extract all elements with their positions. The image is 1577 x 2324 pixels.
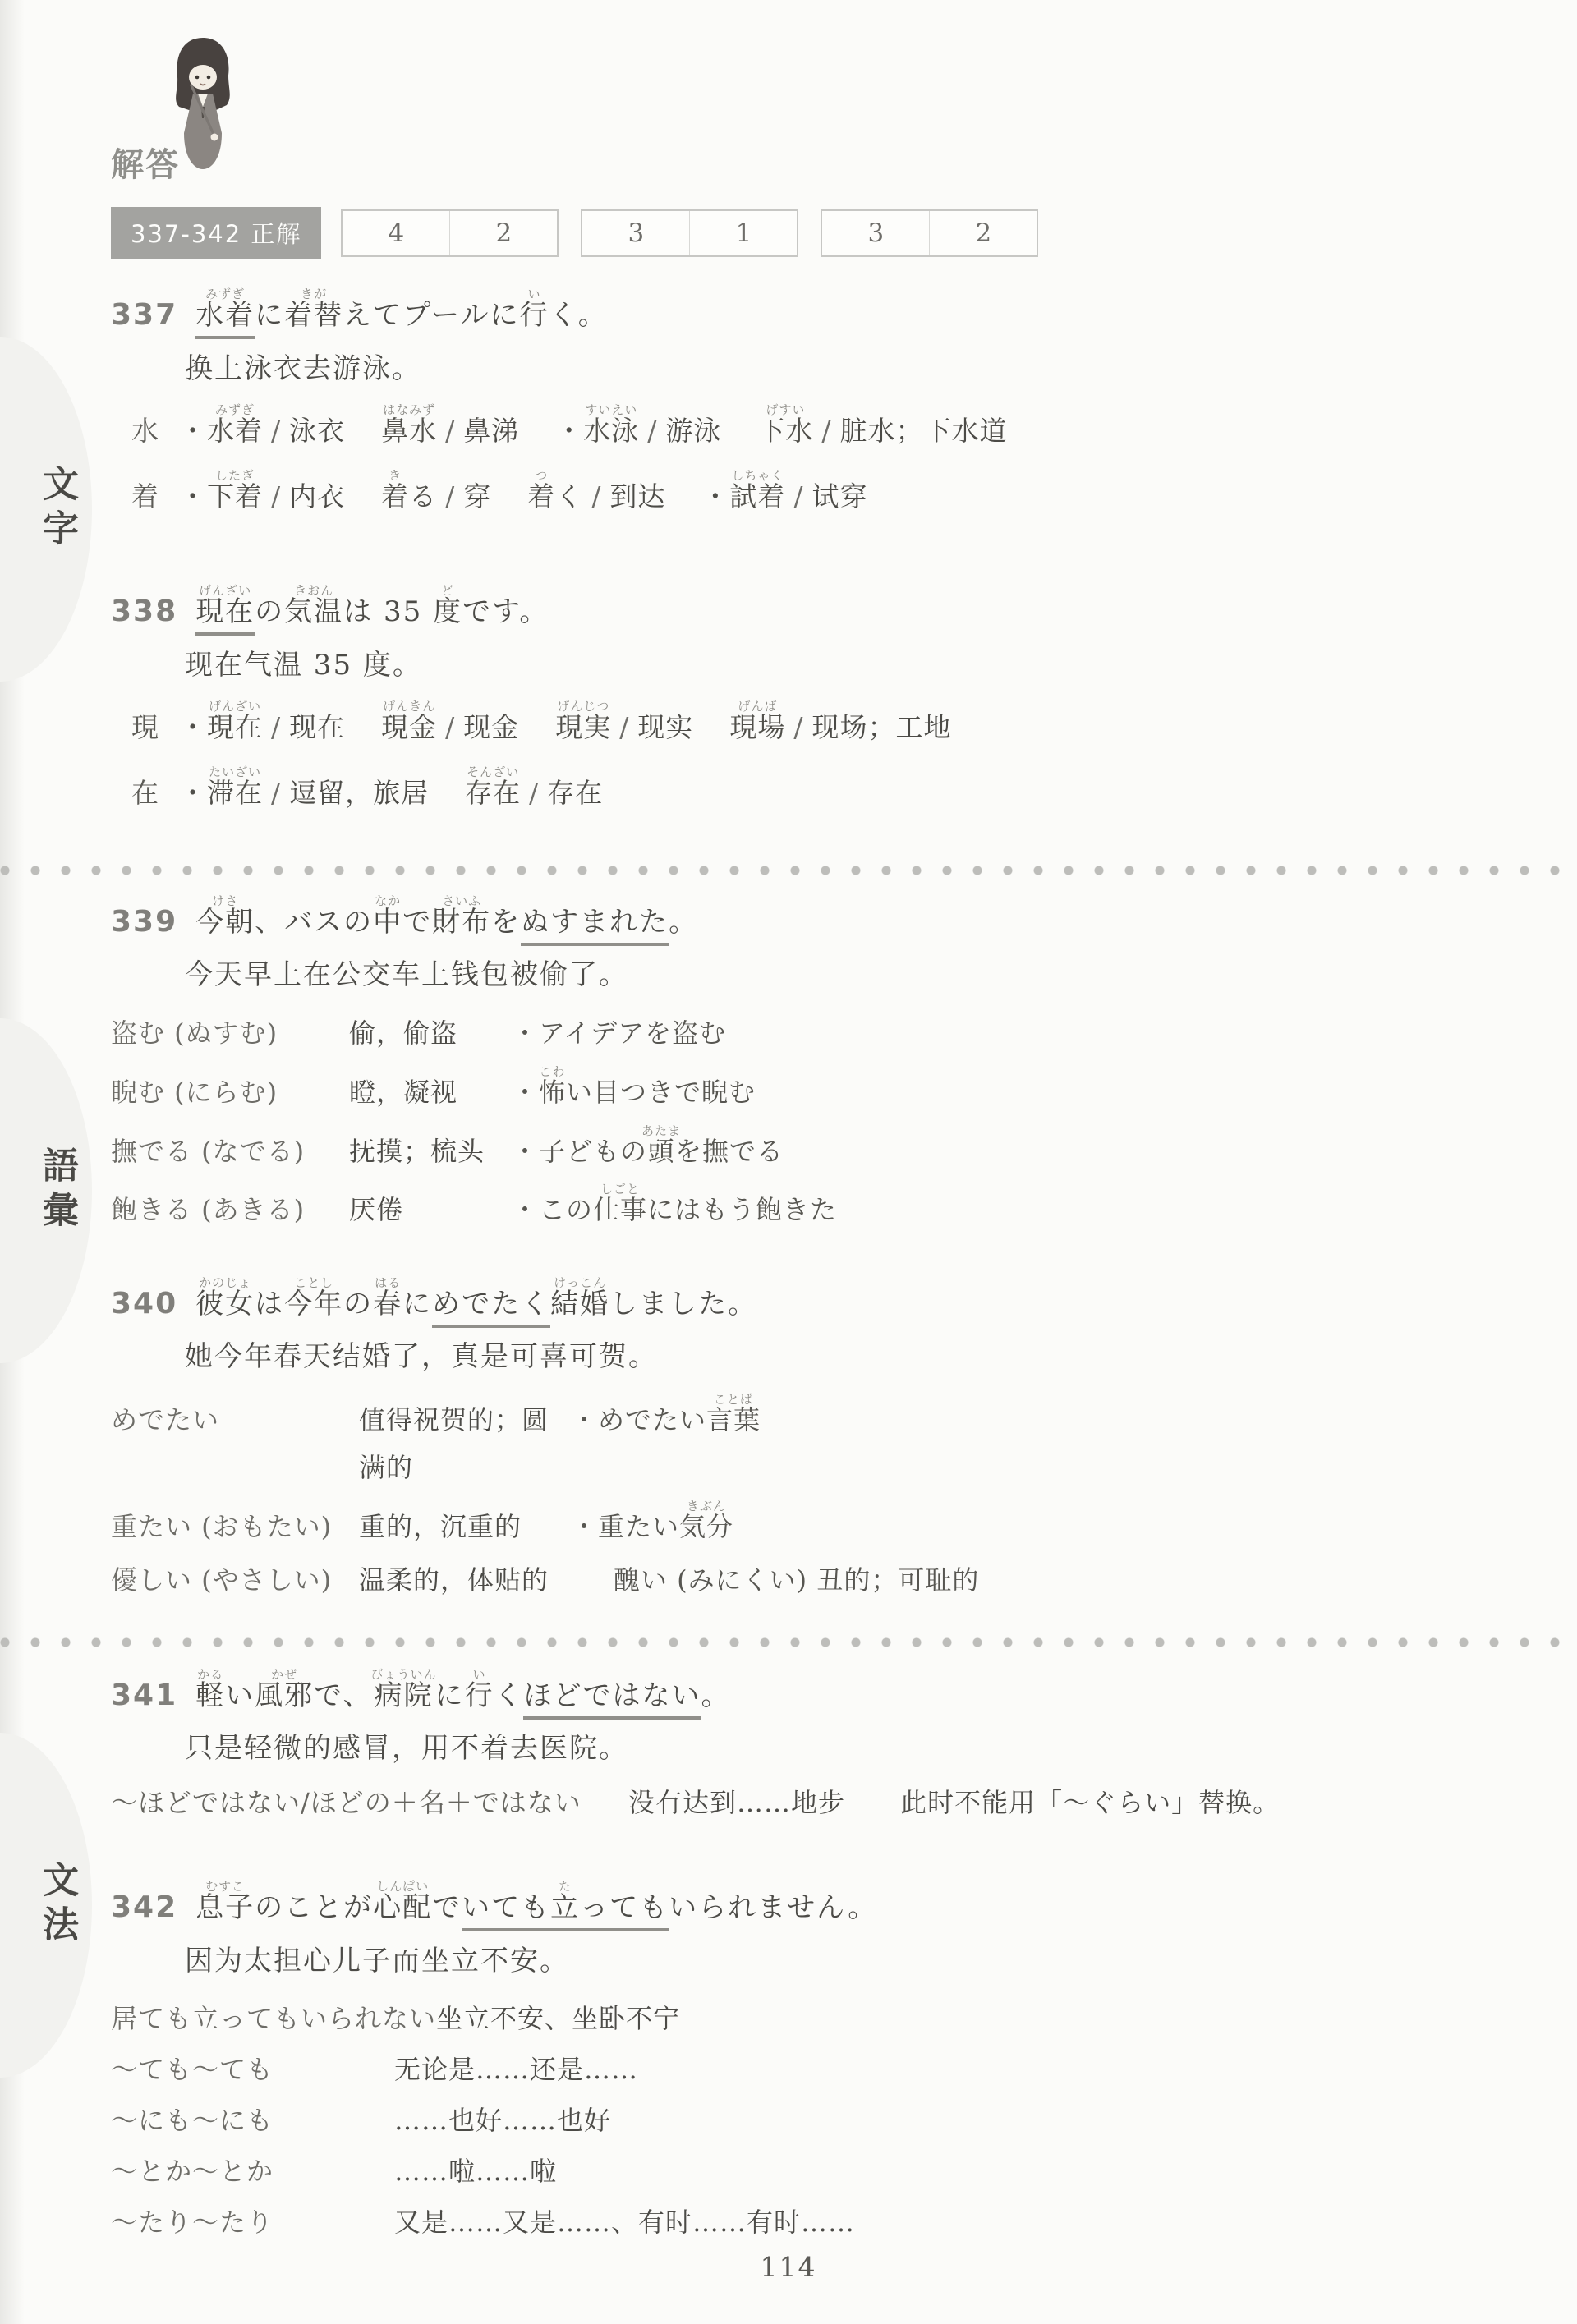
question-337-number: 337 [111,296,177,336]
question-339-translation: 今天早上在公交车上钱包被偷了。 [185,952,1528,992]
vocab-word: 重たい (おもたい) [111,1504,359,1551]
grammar-meaning: 又是……又是……、有时……有时…… [394,2202,855,2239]
vocab-word: 盗む (ぬすむ) [111,1010,349,1058]
answer-342: 2 [929,211,1037,255]
grammar-pattern: ～たり～たり [111,2202,394,2239]
grammar-meaning: 没有达到……地步 [628,1787,845,1818]
answer-bar: 337-342 正解 4 2 3 1 3 2 [111,207,1528,259]
compound-cn: 内衣 [289,480,345,512]
vocab-row: 優しい (やさしい) 温柔的，体贴的 醜い (みにくい) 丑的；可耻的 [111,1557,1528,1605]
page-number: 114 [0,2251,1577,2283]
compound-cn: 脏水；下水道 [840,415,1008,447]
kanji-compound: 現場げんば/现场；工地 [729,699,951,751]
grammar-note: ～ほどではない/ほどの＋名＋ではない 没有达到……地步 此时不能用「～ぐらい」替… [111,1782,1528,1820]
vocab-row: 重たい (おもたい) 重的，沉重的 ・重たい気分きぶん [111,1499,1528,1551]
answer-header: 解答 [111,31,1528,192]
answer-339: 3 [582,211,689,255]
compound-jp: ・滞在たいざい [179,777,263,809]
grammar-row: ～ても～ても 无论是……还是…… [111,2049,1528,2087]
separator: / [529,777,539,809]
kanji-compound: 下水げすい/脏水；下水道 [757,402,1007,455]
kanji-compound: ・試着しちゃく/试穿 [701,468,867,521]
vocab-meaning: 重的，沉重的 [359,1504,571,1551]
separator: / [619,711,629,743]
question-338-sentence: 338 現在げんざいの気温きおんは 35 度どです。 [111,583,1528,632]
grammar-meaning: ……啦……啦 [394,2151,557,2189]
question-338: 338 現在げんざいの気温きおんは 35 度どです。 现在气温 35 度。 現 … [111,583,1528,817]
separator: / [821,415,831,447]
kanji-compound: 着きる/穿 [381,468,491,521]
compound-cn: 到达 [609,480,665,512]
grammar-row: ～たり～たり 又是……又是……、有时……有时…… [111,2202,1528,2239]
separator: / [271,480,281,512]
vocab-word: めでたい [111,1397,359,1444]
answer-337: 4 [343,211,449,255]
separator: / [793,480,803,512]
vocab-meaning: 抚摸；梳头 [349,1128,512,1176]
compound-jp: 現金げんきん [381,711,437,743]
answer-group-3: 3 2 [821,209,1038,257]
grammar-pattern: ～ても～ても [111,2049,394,2087]
vocab-row: めでたい 值得祝贺的；圆满的 ・めでたい言葉ことば [111,1392,1528,1491]
vocab-row: 撫でる (なでる) 抚摸；梳头 ・子どもの頭あたまを撫でる [111,1123,1528,1176]
vocab-meaning: 温柔的，体贴的 [359,1557,571,1605]
kanji-compound: 鼻水はなみず/鼻涕 [381,402,519,455]
compound-cn: 泳衣 [289,415,345,447]
question-339-text: 今朝けさ、バスの中なかで財布さいふをぬすまれた。 [195,893,698,942]
kanji-row-zai: 在 ・滞在たいざい/逗留，旅居 存在そんざい/存在 [111,765,1528,817]
question-340-translation: 她今年春天结婚了，真是可喜可贺。 [185,1334,1528,1374]
kanji-compound: ・現在げんざい/现在 [179,699,345,751]
compound-jp: 着つく [527,480,583,512]
question-340-number: 340 [111,1284,177,1325]
separator: / [271,415,281,447]
compound-cn: 穿 [463,480,491,512]
vocab-meaning: 厌倦 [349,1187,512,1234]
question-337-text: 水着みずぎに着替きがえてプールに行いく。 [195,287,608,335]
kanji-compound: ・水着みずぎ/泳衣 [179,402,345,455]
kanji-compound: ・下着したぎ/内衣 [179,468,345,521]
question-339: 339 今朝けさ、バスの中なかで財布さいふをぬすまれた。 今天早上在公交车上钱包… [111,893,1528,1234]
compound-cn: 存在 [547,777,603,809]
vocab-meaning: 值得祝贺的；圆满的 [359,1397,571,1491]
kanji-compound: 存在そんざい/存在 [465,765,603,817]
vocab-example: ・アイデアを盗む [512,1010,1528,1058]
compound-cn: 现在 [289,711,345,743]
grammar-pattern: ～ほどではない/ほどの＋名＋ではない [111,1787,582,1818]
kanji-compound: ・滞在たいざい/逗留，旅居 [179,765,429,817]
grammar-pattern: 居ても立ってもいられない [111,1998,436,2036]
dotted-divider [0,866,1577,875]
vocab-row: 睨む (にらむ) 瞪，凝视 ・怖こわい目つきで睨む [111,1064,1528,1117]
compound-jp: 着きる [381,480,437,512]
question-337-translation: 换上泳衣去游泳。 [185,346,1528,386]
dotted-divider [0,1637,1577,1647]
kanji-head: 水 [131,406,179,455]
separator: / [271,711,281,743]
kanji-compound: 着つく/到达 [527,468,665,521]
compound-jp: ・試着しちゃく [701,480,785,512]
compound-jp: ・下着したぎ [179,480,263,512]
compound-cn: 现实 [637,711,693,743]
kanji-row-gen: 現 ・現在げんざい/现在 現金げんきん/现金 現実げんじつ/现实 現場げんば/现… [111,699,1528,751]
compound-jp: ・水泳すいえい [555,415,639,447]
compound-jp: 現場げんば [729,711,785,743]
vocab-example: 醜い (みにくい) 丑的；可耻的 [571,1557,1528,1605]
question-341-text: 軽かるい風邪かぜで、病院びょういんに行いくほどではない。 [195,1667,730,1715]
separator: / [445,711,455,743]
compound-jp: 鼻水はなみず [381,415,437,447]
question-341-number: 341 [111,1676,177,1716]
grammar-meaning: 无论是……还是…… [394,2049,638,2087]
compound-jp: 現実げんじつ [555,711,611,743]
question-337-sentence: 337 水着みずぎに着替きがえてプールに行いく。 [111,287,1528,336]
separator: / [793,711,803,743]
compound-cn: 鼻涕 [463,415,519,447]
vocab-example: ・子どもの頭あたまを撫でる [512,1123,1528,1176]
question-338-text: 現在げんざいの気温きおんは 35 度どです。 [195,583,549,632]
question-342-text: 息子むすこのことが心配しんぱいでいても立たってもいられません。 [195,1879,877,1927]
question-341: 341 軽かるい風邪かぜで、病院びょういんに行いくほどではない。 只是轻微的感冒… [111,1667,1528,1821]
question-337: 337 水着みずぎに着替きがえてプールに行いく。 换上泳衣去游泳。 水 ・水着み… [111,287,1528,521]
kanji-row-mizu: 水 ・水着みずぎ/泳衣 鼻水はなみず/鼻涕 ・水泳すいえい/游泳 下水げすい/脏… [111,402,1528,455]
compound-jp: ・現在げんざい [179,711,263,743]
question-338-number: 338 [111,592,177,632]
question-342-number: 342 [111,1888,177,1928]
question-339-sentence: 339 今朝けさ、バスの中なかで財布さいふをぬすまれた。 [111,893,1528,943]
girl-teacher-illustration [162,33,244,187]
question-342: 342 息子むすこのことが心配しんぱいでいても立たってもいられません。 因为太担… [111,1879,1528,2239]
grammar-remark: 此时不能用「～ぐらい」替换。 [900,1787,1280,1818]
vocab-example: ・怖こわい目つきで睨む [512,1064,1528,1117]
answer-341: 3 [822,211,929,255]
question-338-translation: 现在气温 35 度。 [185,642,1528,682]
grammar-pattern: ～にも～にも [111,2100,394,2138]
compound-jp: 下水げすい [757,415,813,447]
compound-cn: 逗留，旅居 [289,777,429,809]
vocab-word: 撫でる (なでる) [111,1128,349,1176]
question-340-sentence: 340 彼女かのじょは今年ことしの春はるにめでたく結婚けっこんしました。 [111,1275,1528,1325]
answer-338: 2 [449,211,557,255]
answer-340: 1 [689,211,797,255]
grammar-row: ～にも～にも ……也好……也好 [111,2100,1528,2138]
vocab-word: 飽きる (あきる) [111,1187,349,1234]
compound-cn: 试穿 [812,480,868,512]
separator: / [445,415,455,447]
question-342-sentence: 342 息子むすこのことが心配しんぱいでいても立たってもいられません。 [111,1879,1528,1928]
separator: / [647,415,657,447]
separator: / [271,777,281,809]
separator: / [445,480,455,512]
answer-range-badge: 337-342 正解 [111,207,321,259]
question-342-translation: 因为太担心儿子而坐立不安。 [185,1938,1528,1978]
kanji-head: 着 [131,472,179,521]
question-341-translation: 只是轻微的感冒，用不着去医院。 [185,1725,1528,1766]
kanji-compound: 現実げんじつ/现实 [555,699,693,751]
answer-group-1: 4 2 [341,209,559,257]
vocab-example: ・この仕事しごとにはもう飽きた [512,1182,1528,1234]
vocab-example: ・重たい気分きぶん [571,1499,1528,1551]
compound-jp: 存在そんざい [465,777,521,809]
vocab-word: 優しい (やさしい) [111,1557,359,1605]
kanji-row-gi: 着 ・下着したぎ/内衣 着きる/穿 着つく/到达 ・試着しちゃく/试穿 [111,468,1528,521]
grammar-meaning: 坐立不安、坐卧不宁 [436,1998,680,2036]
textbook-page: 文字 語彙 文法 解答 337-342 正 [0,0,1577,2324]
kanji-head: 在 [131,769,179,817]
question-341-sentence: 341 軽かるい風邪かぜで、病院びょういんに行いくほどではない。 [111,1667,1528,1716]
compound-cn: 游泳 [665,415,721,447]
compound-cn: 现场；工地 [812,711,952,743]
question-339-number: 339 [111,903,177,943]
grammar-row: ～とか～とか ……啦……啦 [111,2151,1528,2189]
compound-cn: 现金 [463,711,519,743]
compound-jp: ・水着みずぎ [179,415,263,447]
grammar-row: 居ても立ってもいられない 坐立不安、坐卧不宁 [111,1998,1528,2036]
kanji-compound: ・水泳すいえい/游泳 [555,402,721,455]
page-content: 解答 337-342 正解 4 2 3 [0,31,1577,2239]
question-340-text: 彼女かのじょは今年ことしの春はるにめでたく結婚けっこんしました。 [195,1275,757,1324]
answer-group-2: 3 1 [581,209,798,257]
vocab-row: 飽きる (あきる) 厌倦 ・この仕事しごとにはもう飽きた [111,1182,1528,1234]
grammar-pattern: ～とか～とか [111,2151,394,2189]
vocab-word: 睨む (にらむ) [111,1069,349,1117]
vocab-row: 盗む (ぬすむ) 偷，偷盗 ・アイデアを盗む [111,1010,1528,1058]
question-340: 340 彼女かのじょは今年ことしの春はるにめでたく結婚けっこんしました。 她今年… [111,1275,1528,1605]
grammar-meaning: ……也好……也好 [394,2100,611,2138]
separator: / [591,480,601,512]
kanji-compound: 現金げんきん/现金 [381,699,519,751]
vocab-meaning: 偷，偷盗 [349,1010,512,1058]
kanji-head: 現 [131,703,179,751]
vocab-meaning: 瞪，凝视 [349,1069,512,1117]
vocab-example: ・めでたい言葉ことば [571,1392,1528,1444]
